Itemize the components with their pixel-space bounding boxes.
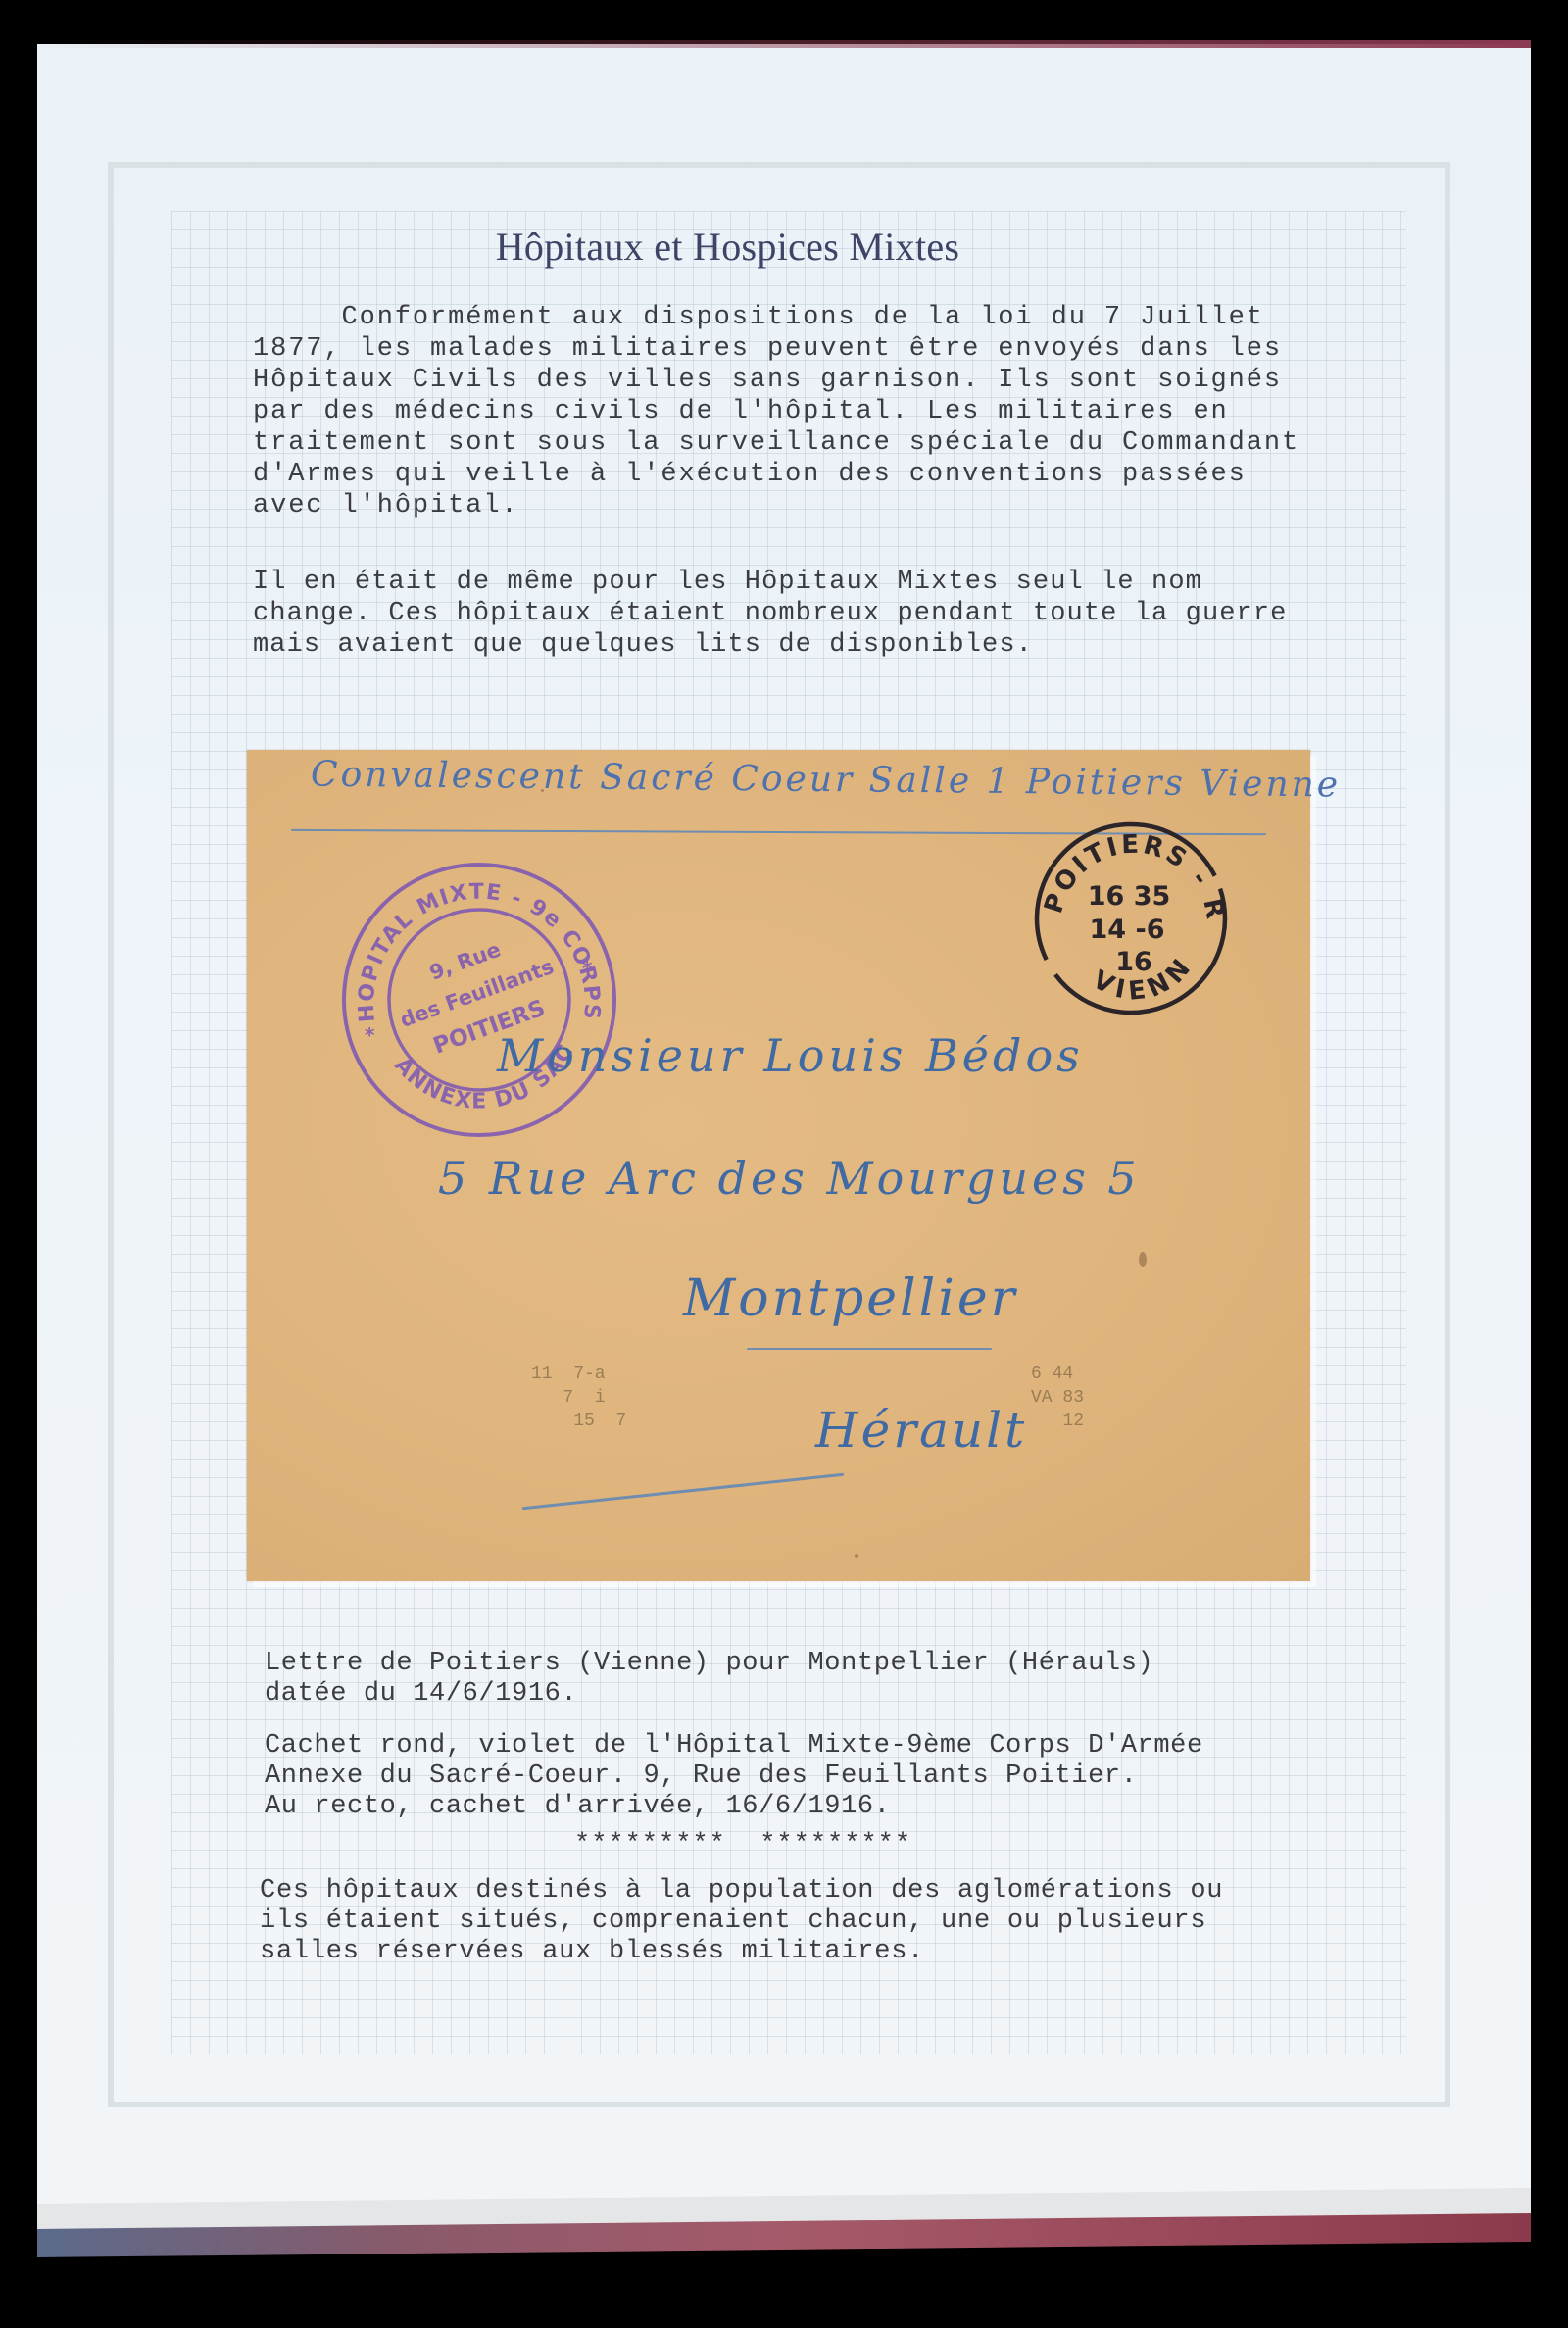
envelope-cover: Convalescent Sacré Coeur Salle 1 Poitier…: [247, 750, 1310, 1581]
caption-letter-origin: Lettre de Poitiers (Vienne) pour Montpel…: [265, 1649, 1153, 1709]
handwritten-street: 5 Rue Arc des Mourgues 5: [438, 1152, 1141, 1205]
album-top-edge: [37, 40, 1531, 48]
caption-cachet-description: Cachet rond, violet de l'Hôpital Mixte-9…: [265, 1731, 1203, 1822]
ink-spot: [1139, 1252, 1147, 1267]
handwritten-addressee: Monsieur Louis Bédos: [497, 1029, 1084, 1082]
city-underline: [747, 1348, 992, 1350]
svg-text:16: 16: [1115, 947, 1152, 977]
handwritten-city: Montpellier: [683, 1269, 1018, 1328]
svg-text:16 35: 16 35: [1088, 881, 1171, 912]
svg-text:*: *: [365, 1023, 375, 1047]
handwritten-department: Hérault: [815, 1402, 1027, 1459]
violet-hospital-cachet-icon: HOPITAL MIXTE - 9e CORPS D'ARMEE ANNEXE …: [337, 858, 621, 1142]
faint-offset-mark-right: 6 44 VA 83 12: [1031, 1362, 1084, 1433]
intro-paragraph: Conformément aux dispositions de la loi …: [253, 302, 1299, 521]
closing-paragraph: Ces hôpitaux destinés à la population de…: [260, 1876, 1223, 1967]
second-paragraph: Il en était de même pour les Hôpitaux Mi…: [253, 567, 1287, 661]
page-title: Hôpitaux et Hospices Mixtes: [0, 223, 1455, 270]
faint-offset-mark-left: 11 7-a 7 i 15 7: [531, 1362, 626, 1433]
svg-text:14 -6: 14 -6: [1090, 915, 1165, 945]
department-flourish: [522, 1473, 845, 1510]
separator-stars: ********* *********: [574, 1829, 911, 1860]
paper-speck: [855, 1554, 858, 1558]
poitiers-postmark-icon: POITIERS - R.P. VIENNE 16 35 14 -6 16: [1031, 818, 1232, 1019]
handwritten-sender-line: Convalescent Sacré Coeur Salle 1 Poitier…: [311, 754, 1342, 805]
svg-text:*: *: [582, 957, 593, 980]
